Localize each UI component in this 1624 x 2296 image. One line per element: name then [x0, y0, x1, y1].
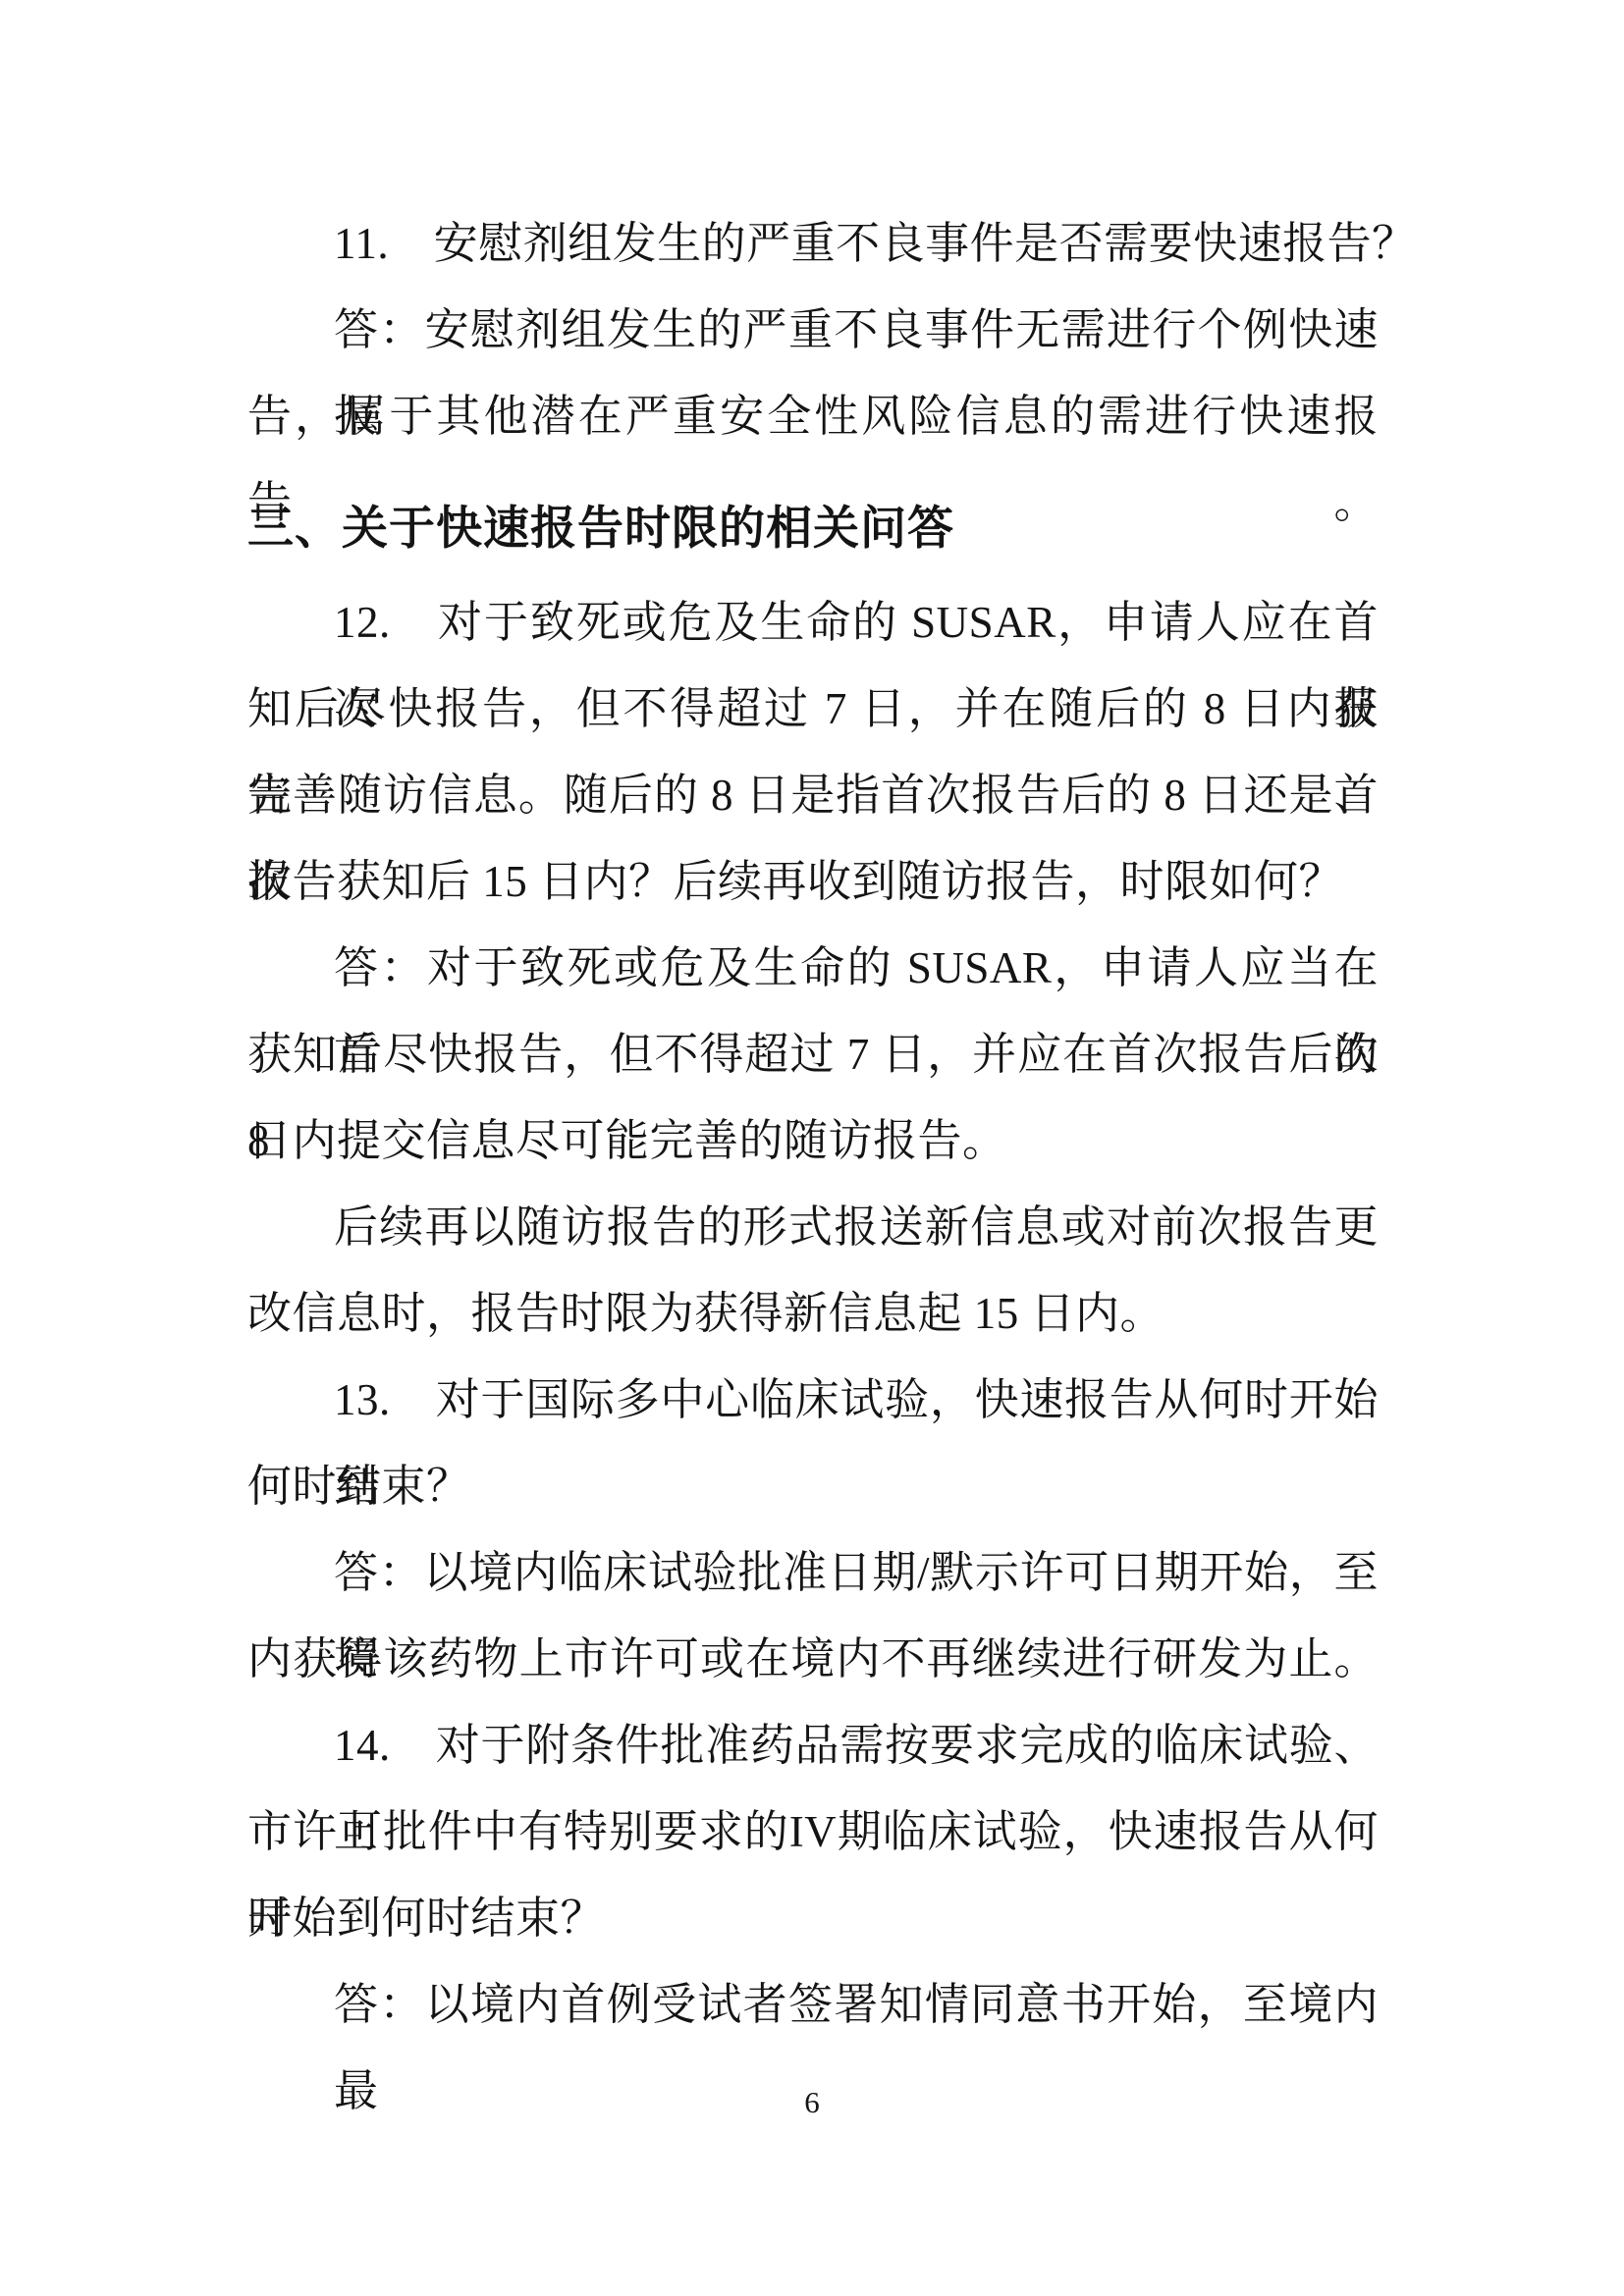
- document-page: 11. 安慰剂组发生的严重不良事件是否需要快速报告？答：安慰剂组发生的严重不良事…: [0, 0, 1624, 2296]
- text-line: 完善随访信息。随后的 8 日是指首次报告后的 8 日还是首次: [247, 752, 1379, 838]
- text-line: 13. 对于国际多中心临床试验，快速报告从何时开始到: [247, 1357, 1379, 1443]
- text-line: 知后尽快报告，但不得超过 7 日，并在随后的 8 日内报告、: [247, 666, 1379, 752]
- text-line: 14. 对于附条件批准药品需按要求完成的临床试验、上: [247, 1702, 1379, 1789]
- text-line: 11. 安慰剂组发生的严重不良事件是否需要快速报告？: [247, 200, 1379, 287]
- text-line: 日内提交信息尽可能完善的随访报告。: [247, 1097, 1379, 1184]
- text-line: 内获得该药物上市许可或在境内不再继续进行研发为止。: [247, 1616, 1379, 1702]
- text-line: 答：安慰剂组发生的严重不良事件无需进行个例快速报: [247, 287, 1379, 373]
- text-line: 12. 对于致死或危及生命的 SUSAR，申请人应在首次获: [247, 579, 1379, 666]
- text-line: 后续再以随访报告的形式报送新信息或对前次报告更: [247, 1184, 1379, 1270]
- page-number: 6: [0, 2083, 1624, 2122]
- text-line: 告，属于其他潜在严重安全性风险信息的需进行快速报告。: [247, 373, 1379, 459]
- text-line: 答：以境内临床试验批准日期/默示许可日期开始，至境: [247, 1529, 1379, 1616]
- text-line: 答：以境内首例受试者签署知情同意书开始，至境内最: [247, 1961, 1379, 2048]
- document-body: 11. 安慰剂组发生的严重不良事件是否需要快速报告？答：安慰剂组发生的严重不良事…: [247, 200, 1379, 2048]
- text-line: 开始到何时结束？: [247, 1875, 1379, 1961]
- text-line: 报告获知后 15 日内？后续再收到随访报告，时限如何？: [247, 838, 1379, 925]
- text-line: 何时结束？: [247, 1443, 1379, 1529]
- text-line: 改信息时，报告时限为获得新信息起 15 日内。: [247, 1270, 1379, 1357]
- text-line: 市许可批件中有特别要求的IV期临床试验，快速报告从何时: [247, 1789, 1379, 1875]
- text-line: 获知后尽快报告，但不得超过 7 日，并应在首次报告后的 8: [247, 1011, 1379, 1097]
- text-line: 答：对于致死或危及生命的 SUSAR，申请人应当在首次: [247, 925, 1379, 1011]
